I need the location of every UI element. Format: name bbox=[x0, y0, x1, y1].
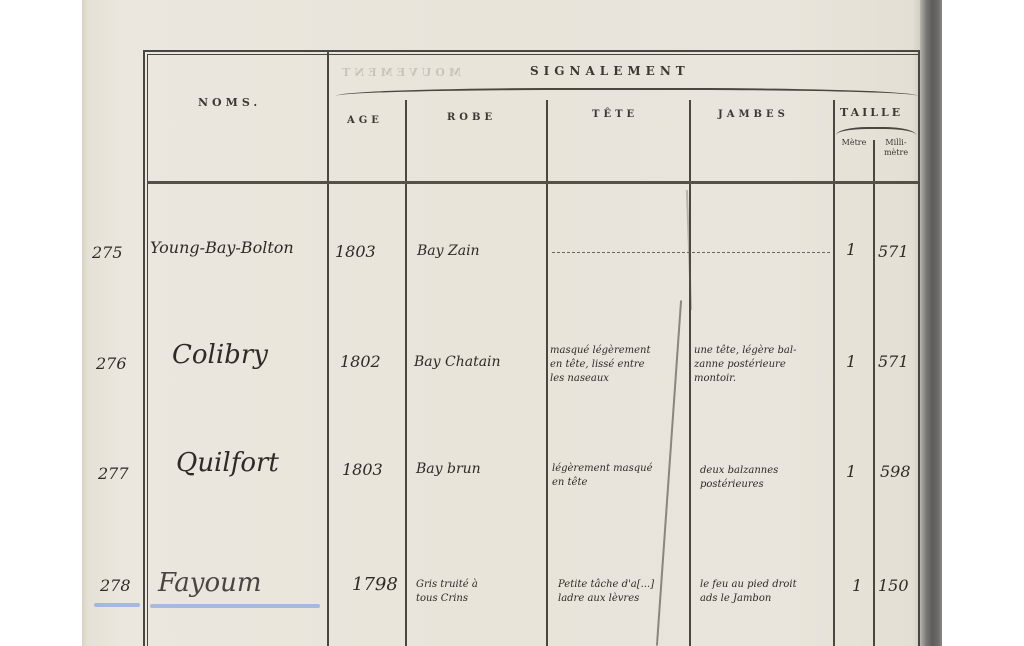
signalement-brace bbox=[336, 88, 918, 100]
left-border bbox=[143, 50, 145, 646]
blue-pencil-underline bbox=[94, 603, 140, 607]
header-age: AGE bbox=[347, 115, 383, 126]
row-number: 278 bbox=[100, 576, 131, 595]
header-bottom-rule bbox=[147, 181, 918, 184]
height-metre: 1 bbox=[846, 462, 856, 481]
header-jambes: JAMBES bbox=[718, 109, 789, 120]
horse-robe: Bay Zain bbox=[417, 243, 480, 259]
header-signalement: SIGNALEMENT bbox=[530, 64, 690, 78]
horse-age: 1798 bbox=[352, 574, 398, 595]
taille-brace bbox=[836, 127, 916, 135]
horse-name: Young-Bay-Bolton bbox=[150, 238, 294, 257]
row-number: 277 bbox=[98, 464, 129, 483]
left-border-inner bbox=[147, 54, 148, 646]
height-metre: 1 bbox=[852, 576, 862, 595]
blank-dash-line bbox=[552, 252, 830, 253]
leg-markings: deux balzannes postérieures bbox=[700, 464, 778, 492]
height-metre: 1 bbox=[846, 352, 856, 371]
divider-noms-age bbox=[327, 52, 329, 646]
horse-robe: Bay brun bbox=[416, 461, 481, 477]
height-metre: 1 bbox=[846, 240, 856, 259]
height-millimetre: 571 bbox=[878, 352, 909, 371]
head-markings: masqué légèrement en tête, lissé entre l… bbox=[550, 344, 651, 386]
row-number: 276 bbox=[96, 354, 127, 373]
horse-name: Colibry bbox=[172, 340, 268, 370]
blue-pencil-underline bbox=[150, 604, 320, 608]
header-metre: Mètre bbox=[835, 138, 873, 148]
leg-markings: une tête, légère bal- zanne postérieure … bbox=[694, 344, 796, 386]
book-binding-gutter bbox=[920, 0, 942, 646]
row-number: 275 bbox=[92, 243, 123, 262]
header-robe: ROBE bbox=[447, 112, 496, 123]
horse-age: 1803 bbox=[342, 460, 383, 479]
horse-robe: Bay Chatain bbox=[414, 354, 501, 370]
horse-name: Fayoum bbox=[158, 568, 262, 598]
header-noms: NOMS. bbox=[198, 96, 261, 109]
divider-metre-millimetre bbox=[873, 140, 875, 646]
header-taille: TAILLE bbox=[840, 106, 903, 119]
right-border bbox=[918, 50, 920, 646]
top-border-inner bbox=[147, 54, 920, 55]
leg-markings: le feu au pied droit ads le Jambon bbox=[700, 578, 797, 606]
height-millimetre: 598 bbox=[880, 462, 911, 481]
height-millimetre: 571 bbox=[878, 242, 909, 261]
horse-robe: Gris truité à tous Crins bbox=[416, 578, 478, 606]
ghost-header-mouvement: MOUVEMENT bbox=[338, 66, 461, 79]
horse-age: 1803 bbox=[335, 242, 376, 261]
header-millimetre: Milli- mètre bbox=[875, 138, 917, 158]
header-tete: TÊTE bbox=[592, 109, 638, 120]
horse-age: 1802 bbox=[340, 352, 381, 371]
head-markings: légèrement masqué en tête bbox=[552, 462, 653, 490]
height-millimetre: 150 bbox=[878, 576, 909, 595]
top-border bbox=[143, 50, 920, 52]
head-markings: Petite tâche d'a[...] ladre aux lèvres bbox=[558, 578, 654, 606]
horse-name: Quilfort bbox=[176, 448, 279, 478]
